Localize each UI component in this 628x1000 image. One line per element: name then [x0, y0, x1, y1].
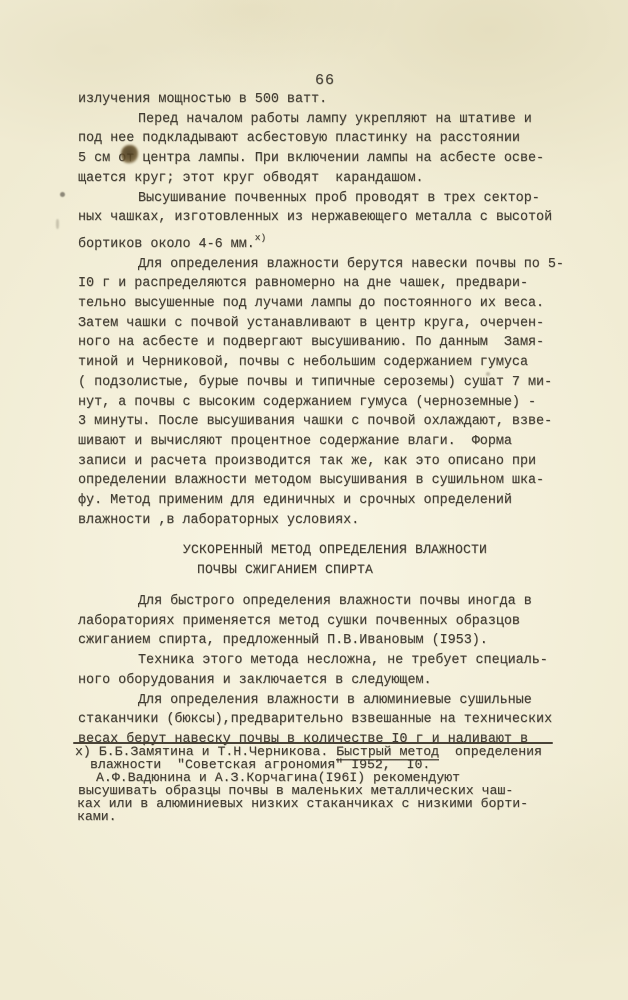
- speck-artifact: [60, 192, 65, 197]
- footnote: х) Б.Б.Замятина и Т.Н.Черникова. Быстрый…: [75, 746, 575, 823]
- text-line: бортиков около 4-6 мм.х): [78, 228, 578, 255]
- speck-artifact: [486, 372, 490, 376]
- paragraph-block-bottom: Для быстрого определения влажности почвы…: [78, 592, 578, 750]
- text-line: 3 минуты. После высушивания чашки с почв…: [78, 412, 578, 432]
- scan-edge-artifact: [56, 219, 59, 229]
- text-line: ( подзолистые, бурые почвы и типичные се…: [78, 373, 578, 393]
- footnote-line: ках или в алюминиевых низких стаканчиках…: [75, 798, 575, 811]
- text-line: I0 г и распределяются равномерно на дне …: [78, 274, 578, 294]
- section-heading-line: ПОЧВЫ СЖИГАНИЕМ СПИРТА: [183, 560, 487, 580]
- page-number: 66: [315, 72, 335, 89]
- text-line: Техника этого метода несложна, не требуе…: [78, 651, 578, 671]
- text-line: тельно высушенные под лучами лампы до по…: [78, 294, 578, 314]
- text-line: ного на асбесте и подвергают высушиванию…: [78, 333, 578, 353]
- text-line: Для определения влажности в алюминиевые …: [78, 691, 578, 711]
- section-heading-line: УСКОРЕННЫЙ МЕТОД ОПРЕДЕЛЕНИЯ ВЛАЖНОСТИ: [183, 540, 487, 560]
- text-line: ного оборудования и заключается в следую…: [78, 671, 578, 691]
- text-line: Перед началом работы лампу укрепляют на …: [78, 110, 578, 130]
- text-line: нут, а почвы с высоким содержанием гумус…: [78, 393, 578, 413]
- text-line: тиной и Черниковой, почвы с небольшим со…: [78, 353, 578, 373]
- text-line: влажности ,в лабораторных условиях.: [78, 511, 578, 531]
- text-line: Для быстрого определения влажности почвы…: [78, 592, 578, 612]
- footnote-line: ками.: [75, 811, 575, 824]
- text-line: 5 см от центра лампы. При включении ламп…: [78, 149, 578, 169]
- section-heading: УСКОРЕННЫЙ МЕТОД ОПРЕДЕЛЕНИЯ ВЛАЖНОСТИ П…: [183, 540, 487, 580]
- text-line: под нее подкладывают асбестовую пластинк…: [78, 129, 578, 149]
- text-line: излучения мощностью в 500 ватт.: [78, 90, 578, 110]
- text-line: определении влажности методом высушивани…: [78, 471, 578, 491]
- text-line: Для определения влажности берутся навеск…: [78, 255, 578, 275]
- text-line: фу. Метод применим для единичных и срочн…: [78, 491, 578, 511]
- text-line: сжиганием спирта, предложенный П.В.Ивано…: [78, 631, 578, 651]
- text-line: ных чашках, изготовленных из нержавеющег…: [78, 208, 578, 228]
- scanned-page: 66 излучения мощностью в 500 ватт. Перед…: [0, 0, 628, 1000]
- text-line: щается круг; этот круг обводят карандашо…: [78, 169, 578, 189]
- text-segment: бортиков около 4-6 мм.: [78, 237, 255, 252]
- text-line: записи и расчета производится так же, ка…: [78, 452, 578, 472]
- paragraph-block-top: излучения мощностью в 500 ватт. Перед на…: [78, 90, 578, 530]
- text-line: лабораториях применяется метод сушки поч…: [78, 612, 578, 632]
- text-line: Высушивание почвенных проб проводят в тр…: [78, 189, 578, 209]
- footnote-reference-marker: х): [255, 232, 266, 243]
- footnote-text: определения: [439, 744, 542, 759]
- text-line: Затем чашки с почвой устанавливают в цен…: [78, 314, 578, 334]
- text-line: стаканчики (бюксы),предварительно взвеша…: [78, 710, 578, 730]
- text-line: шивают и вычисляют процентное содержание…: [78, 432, 578, 452]
